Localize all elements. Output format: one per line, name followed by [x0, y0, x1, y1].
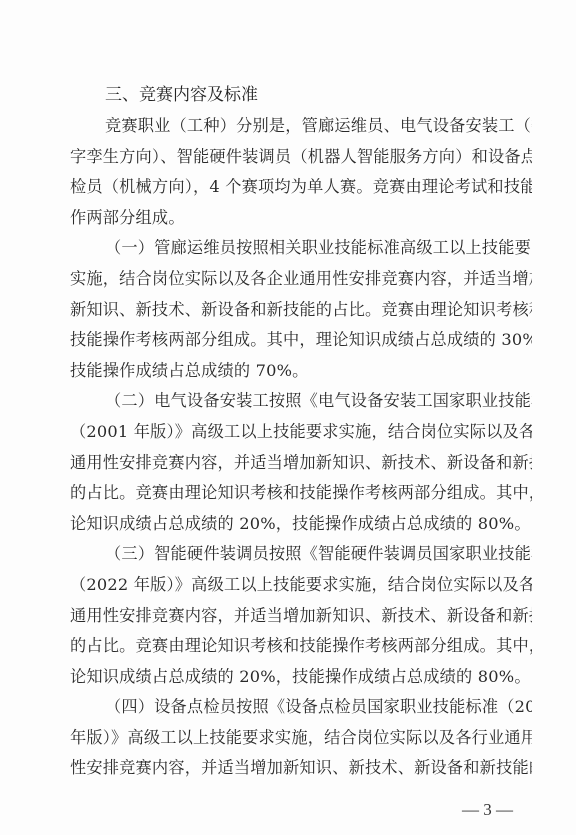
text-line: 通用性安排竞赛内容，并适当增加新知识、新技术、新设备和新技能 — [70, 448, 532, 479]
text-line: 竞赛职业（工种）分别是，管廊运维员、电气设备安装工（数 — [70, 111, 532, 142]
paragraph-item-3: （三）智能硬件装调员按照《智能硬件装调员国家职业技能标准 （2022 年版）》高… — [70, 539, 532, 692]
text-line: 论知识成绩占总成绩的 20%，技能操作成绩占总成绩的 80%。 — [70, 509, 532, 540]
section-heading: 三、竞赛内容及标准 — [105, 80, 532, 111]
text-line: 论知识成绩占总成绩的 20%，技能操作成绩占总成绩的 80%。 — [70, 662, 532, 693]
text-line: （四）设备点检员按照《设备点检员国家职业技能标准（2019 — [70, 692, 532, 723]
paragraph-intro: 竞赛职业（工种）分别是，管廊运维员、电气设备安装工（数 字孪生方向）、智能硬件装… — [70, 111, 532, 233]
text-line: 检员（机械方向），4 个赛项均为单人赛。竞赛由理论考试和技能操 — [70, 172, 532, 203]
text-line: 实施，结合岗位实际以及各企业通用性安排竞赛内容，并适当增加 — [70, 264, 532, 295]
text-line: 年版）》高级工以上技能要求实施，结合岗位实际以及各行业通用 — [70, 723, 532, 754]
text-line: 的占比。竞赛由理论知识考核和技能操作考核两部分组成。其中，理 — [70, 631, 532, 662]
text-line: 新知识、新技术、新设备和新技能的占比。竞赛由理论知识考核和 — [70, 295, 532, 326]
paragraph-item-2: （二）电气设备安装工按照《电气设备安装工国家职业技能标准 （2001 年版）》高… — [70, 386, 532, 539]
text-line: （2022 年版）》高级工以上技能要求实施，结合岗位实际以及各行业 — [70, 570, 532, 601]
text-line: 技能操作成绩占总成绩的 70%。 — [70, 356, 532, 387]
document-page: 三、竞赛内容及标准 竞赛职业（工种）分别是，管廊运维员、电气设备安装工（数 字孪… — [70, 80, 532, 784]
text-line: 性安排竞赛内容，并适当增加新知识、新技术、新设备和新技能的 — [70, 753, 532, 784]
text-line: （2001 年版）》高级工以上技能要求实施，结合岗位实际以及各行业 — [70, 417, 532, 448]
text-line: 字孪生方向）、智能硬件装调员（机器人智能服务方向）和设备点 — [70, 142, 532, 173]
text-line: 作两部分组成。 — [70, 203, 532, 234]
page-number: — 3 — — [462, 800, 532, 820]
text-line: 通用性安排竞赛内容，并适当增加新知识、新技术、新设备和新技能 — [70, 601, 532, 632]
text-line: 的占比。竞赛由理论知识考核和技能操作考核两部分组成。其中，理 — [70, 478, 532, 509]
text-line: （三）智能硬件装调员按照《智能硬件装调员国家职业技能标准 — [70, 539, 532, 570]
text-line: 技能操作考核两部分组成。其中，理论知识成绩占总成绩的 30%， — [70, 325, 532, 356]
text-line: （二）电气设备安装工按照《电气设备安装工国家职业技能标准 — [70, 386, 532, 417]
paragraph-item-4: （四）设备点检员按照《设备点检员国家职业技能标准（2019 年版）》高级工以上技… — [70, 692, 532, 784]
paragraph-item-1: （一）管廊运维员按照相关职业技能标准高级工以上技能要求 实施，结合岗位实际以及各… — [70, 233, 532, 386]
text-line: （一）管廊运维员按照相关职业技能标准高级工以上技能要求 — [70, 233, 532, 264]
